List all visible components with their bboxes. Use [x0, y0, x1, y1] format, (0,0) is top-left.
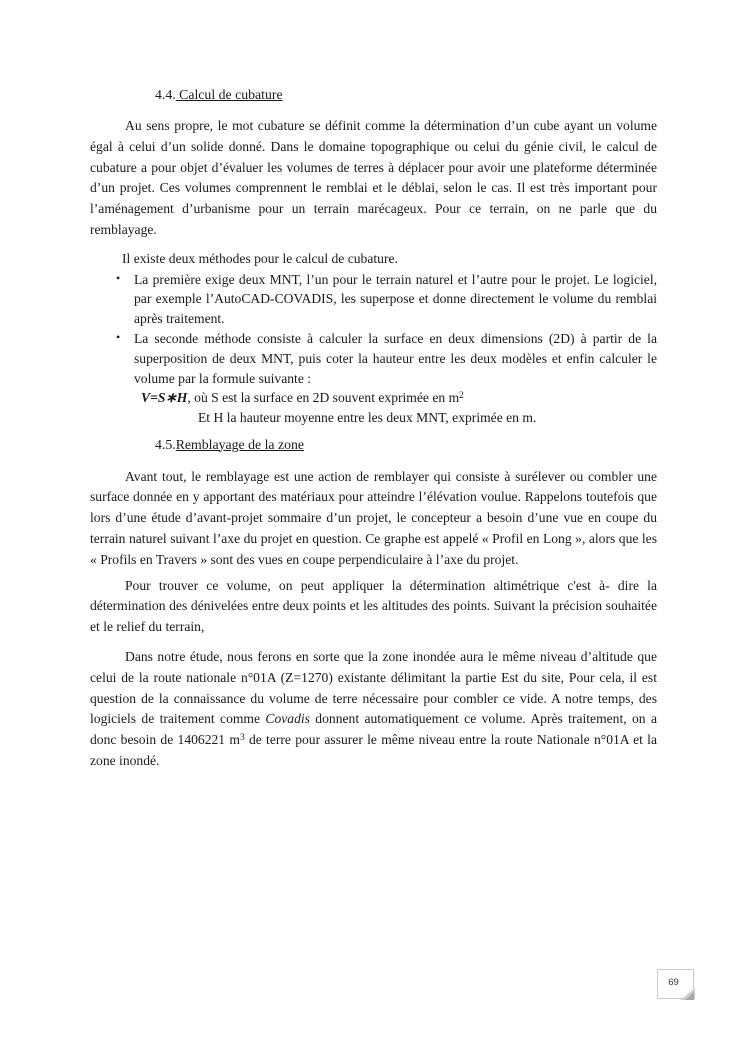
software-name-italic: Covadis — [265, 711, 310, 726]
formula-block: V=S∗H, où S est la surface en 2D souvent… — [141, 388, 657, 427]
section-title: Calcul de cubature — [176, 87, 283, 102]
superscript-3: 3 — [240, 733, 245, 743]
formula-description: , où S est la surface en 2D souvent expr… — [187, 390, 459, 405]
section-number: 4.5. — [155, 437, 176, 452]
page-number-box: 69 — [657, 969, 694, 999]
formula-expression: V=S∗H — [141, 390, 187, 405]
formula-line-2: Et H la hauteur moyenne entre les deux M… — [198, 408, 657, 428]
page-number: 69 — [668, 977, 679, 988]
paragraph-remblayage-definition: Avant tout, le remblayage est une action… — [90, 467, 657, 571]
list-item-text: La première exige deux MNT, l’un pour le… — [134, 272, 657, 327]
section-heading-4-4: 4.4. Calcul de cubature — [155, 86, 657, 103]
paragraph-altimetric-determination: Pour trouver ce volume, on peut applique… — [90, 576, 657, 638]
list-item: •La première exige deux MNT, l’un pour l… — [134, 270, 657, 329]
methods-list: •La première exige deux MNT, l’un pour l… — [90, 270, 657, 389]
section-title: Remblayage de la zone — [176, 437, 304, 452]
section-number: 4.4. — [155, 87, 176, 102]
list-item: •La seconde méthode consiste à calculer … — [134, 329, 657, 388]
paragraph-volume-result: Dans notre étude, nous ferons en sorte q… — [90, 647, 657, 772]
bullet-dot-icon: • — [116, 269, 120, 289]
bullet-dot-icon: • — [116, 328, 120, 348]
section-heading-4-5: 4.5.Remblayage de la zone — [155, 436, 657, 453]
superscript-2: 2 — [459, 391, 464, 401]
page-curl-icon — [679, 987, 695, 1001]
document-page: 4.4. Calcul de cubature Au sens propre, … — [0, 0, 745, 1053]
list-item-text: La seconde méthode consiste à calculer l… — [134, 331, 657, 386]
document-content: 4.4. Calcul de cubature Au sens propre, … — [90, 86, 657, 772]
paragraph-cubature-definition: Au sens propre, le mot cubature se défin… — [90, 116, 657, 241]
paragraph-methods-intro: Il existe deux méthodes pour le calcul d… — [90, 249, 657, 270]
formula-line-1: V=S∗H, où S est la surface en 2D souvent… — [141, 388, 657, 408]
